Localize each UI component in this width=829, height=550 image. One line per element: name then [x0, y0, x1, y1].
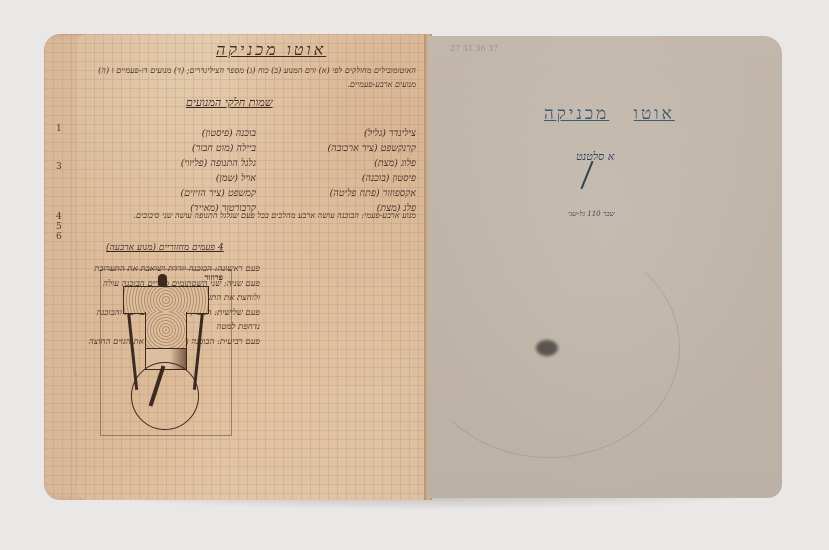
cover-title-word: מכניקה [544, 104, 609, 124]
signature-stroke-icon [580, 161, 593, 190]
crankcase-icon [131, 362, 199, 430]
parts-heading: שמות חלקי המנועים [186, 96, 273, 109]
part-item: פיסטון (בוכנה) [266, 171, 416, 186]
part-item: ביילה (מוט חבור) [96, 141, 256, 156]
part-item: צילינדר (גליל) [266, 126, 416, 141]
handwritten-page: אוטו מכניקה האוטומובילים מחולקים לפי (א)… [76, 34, 428, 500]
page-title: אוטו מכניקה [216, 40, 326, 60]
owner-name: א סלטנט [576, 150, 614, 163]
part-item: גלגל התנופה (פליווי) [96, 156, 256, 171]
part-item: בוכנה (פיסטון) [96, 126, 256, 141]
parts-list-left: בוכנה (פיסטון) ביילה (מוט חבור) גלגל התנ… [96, 126, 256, 216]
notebook-cover: 27 31 36 37 אוטו מכניקה א סלטנט שבר 110 … [428, 36, 782, 498]
part-item: אקספוזור (פתח פליטה) [266, 186, 416, 201]
part-item: פלוג (מצת) [266, 156, 416, 171]
diagram-label: פרוזור [204, 272, 223, 282]
cover-note: שבר 110 גל-שני [568, 210, 615, 218]
notebook-photo: 1 3 4 5 6 מחבת יוצר נר ג׳ כוסה יג בטחון … [0, 0, 829, 550]
cylinder-head-icon [123, 286, 209, 314]
ink-stain [536, 340, 558, 356]
parts-list-right: צילינדר (גליל) קרנקשפט (ציר ארכובה) פלוג… [266, 126, 416, 216]
intro-text: האוטומובילים מחולקים לפי (א) זרם המנוע (… [86, 64, 416, 92]
pencil-marks: 27 31 36 37 [450, 42, 498, 56]
part-item: אויל (שמן) [96, 171, 256, 186]
cylinder-icon [145, 312, 187, 349]
valve-right-icon [193, 310, 204, 390]
strokes-heading: 4 פעמים מחזוריים (מנוע ארבעה) [106, 242, 224, 253]
part-item: קמשפט (ציר הזיזים) [96, 186, 256, 201]
spark-plug-icon [158, 274, 167, 286]
part-item: קרנקשפט (ציר ארכובה) [266, 141, 416, 156]
cover-title: אוטו מכניקה [528, 104, 675, 124]
cover-title-word: אוטו [634, 104, 675, 124]
four-stroke-paragraph: מנוע ארבע-פעמי: הבוכנה עושה ארבע מהלכים … [86, 209, 416, 222]
engine-diagram: פרוזור [100, 269, 232, 436]
